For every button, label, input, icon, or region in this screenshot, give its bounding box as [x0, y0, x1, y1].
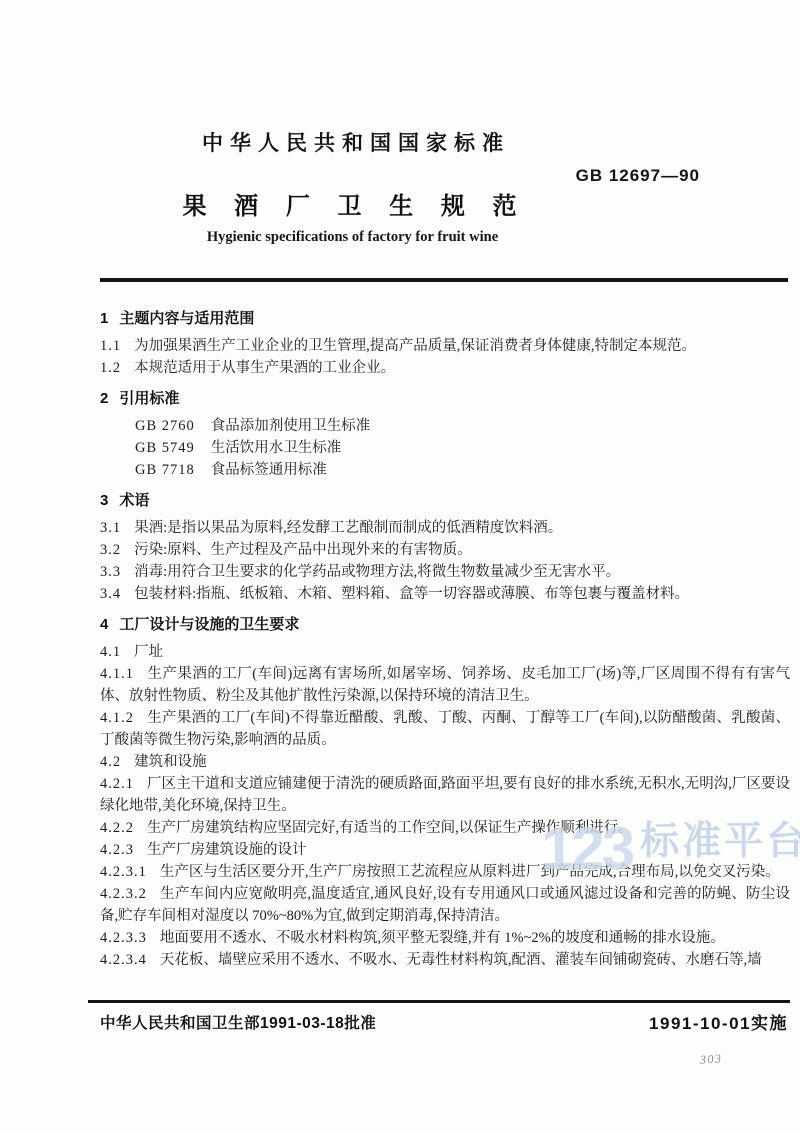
clause-number: GB 7718 [135, 459, 195, 481]
clause-number: 4.2.3.4 [100, 949, 147, 971]
footer-approved-text: 中华人民共和国卫生部1991-03-18批准 [100, 1011, 376, 1033]
clause-number: GB 5749 [135, 437, 195, 459]
clause-paragraph: 4.2.1厂区主干道和支道应铺建便于清洗的硬质路面,路面平坦,要有良好的排水系统… [100, 773, 790, 817]
document-body: 1主题内容与适用范围1.1为加强果酒生产工业企业的卫生管理,提高产品质量,保证消… [100, 300, 790, 1000]
clause-number: 2 [100, 388, 108, 410]
clause-paragraph: 4.1.2生产果酒的工厂(车间)不得靠近醋酸、乳酸、丁酸、丙酮、丁醇等工厂(车间… [100, 707, 790, 751]
clause-text: 为加强果酒生产工业企业的卫生管理,提高产品质量,保证消费者身体健康,特制定本规范… [134, 338, 696, 354]
page-title: 果 酒 厂 卫 生 规 范 [100, 186, 605, 221]
clause-paragraph: 4.2.3.2生产车间内应宽敞明亮,温度适宜,通风良好,设有专用通风口或通风滤过… [100, 883, 790, 927]
clause-paragraph: 1.2本规范适用于从事生产果酒的工业企业。 [100, 357, 790, 379]
clause-number: 3.1 [100, 517, 121, 539]
doc-number: GB 12697—90 [576, 166, 700, 186]
clause-paragraph: 4.2.3.4天花板、墙壁应采用不透水、不吸水、无毒性材料构筑,配酒、灌装车间铺… [100, 949, 790, 971]
standard-label: 中华人民共和国国家标准 [100, 127, 605, 157]
clause-number: 3.2 [100, 539, 121, 561]
reference-item: GB 2760食品添加剂使用卫生标准 [100, 415, 790, 437]
clause-paragraph: 4.2.3.3地面要用不透水、不吸水材料构筑,须平整无裂缝,并有 1%~2%的坡… [100, 927, 790, 949]
clause-paragraph: 1.1为加强果酒生产工业企业的卫生管理,提高产品质量,保证消费者身体健康,特制定… [100, 335, 790, 357]
reference-item: GB 7718食品标签通用标准 [100, 459, 790, 481]
clause-text: 引用标准 [119, 390, 179, 407]
page-number: 303 [699, 1051, 722, 1068]
footer-rule [88, 1000, 790, 1003]
clause-number: GB 2760 [135, 415, 195, 437]
clause-number: 4.2.3.2 [100, 883, 147, 905]
clause-text: 主题内容与适用范围 [119, 310, 254, 327]
clause-paragraph: 3.3消毒:用符合卫生要求的化学药品或物理方法,将微生物数量减少至无害水平。 [100, 561, 790, 583]
clause-number: 4.2.3.1 [100, 861, 147, 883]
clause-number: 1.2 [100, 357, 121, 379]
section-heading: 3术语 [100, 490, 790, 512]
clause-text: 厂址 [134, 644, 163, 660]
header-rule [100, 278, 788, 282]
clause-paragraph: 4.2.3.1生产区与生活区要分开,生产厂房按照工艺流程应从原料进厂到产品完成,… [100, 861, 790, 883]
clause-text: 污染:原料、生产过程及产品中出现外来的有害物质。 [134, 542, 472, 558]
clause-text: 厂区主干道和支道应铺建便于清洗的硬质路面,路面平坦,要有良好的排水系统,无积水,… [100, 776, 790, 814]
clause-text: 食品添加剂使用卫生标准 [211, 418, 371, 434]
clause-number: 4.1 [100, 641, 121, 663]
clause-number: 1 [100, 308, 108, 330]
clause-paragraph: 3.4包装材料:指瓶、纸板箱、木箱、塑料箱、盒等一切容器或薄膜、布等包裹与覆盖材… [100, 583, 790, 605]
clause-number: 3.3 [100, 561, 121, 583]
section-heading: 2引用标准 [100, 388, 790, 410]
clause-text: 生产厂房建筑结构应坚固完好,有适当的工作空间,以保证生产操作顺利进行。 [147, 820, 633, 836]
clause-text: 术语 [119, 492, 149, 509]
clause-number: 3.4 [100, 583, 121, 605]
clause-text: 食品标签通用标准 [211, 462, 327, 478]
clause-number: 4.2.3.3 [100, 927, 147, 949]
clause-text: 地面要用不透水、不吸水材料构筑,须平整无裂缝,并有 1%~2%的坡度和通畅的排水… [160, 930, 725, 946]
clause-text: 生产果酒的工厂(车间)远离有害场所,如屠宰场、饲养场、皮毛加工厂(场)等,厂区周… [100, 666, 790, 704]
document-page: 中华人民共和国国家标准 GB 12697—90 果 酒 厂 卫 生 规 范 Hy… [0, 0, 800, 1134]
clause-number: 4.1.1 [100, 663, 134, 685]
page-subtitle-en: Hygienic specifications of factory for f… [100, 229, 605, 246]
clause-number: 4.1.2 [100, 707, 134, 729]
clause-paragraph: 3.2污染:原料、生产过程及产品中出现外来的有害物质。 [100, 539, 790, 561]
section-heading: 1主题内容与适用范围 [100, 308, 790, 330]
clause-text: 工厂设计与设施的卫生要求 [119, 616, 299, 633]
reference-item: GB 5749生活饮用水卫生标准 [100, 437, 790, 459]
clause-text: 生产车间内应宽敞明亮,温度适宜,通风良好,设有专用通风口或通风滤过设备和完善的防… [100, 886, 790, 924]
clause-number: 4.2 [100, 751, 121, 773]
clause-number: 4.2.3 [100, 839, 134, 861]
clause-text: 生产果酒的工厂(车间)不得靠近醋酸、乳酸、丁酸、丙酮、丁醇等工厂(车间),以防醋… [100, 710, 790, 748]
clause-number: 3 [100, 490, 108, 512]
clause-text: 生产区与生活区要分开,生产厂房按照工艺流程应从原料进厂到产品完成,合理布局,以免… [160, 864, 780, 880]
clause-paragraph: 4.1.1生产果酒的工厂(车间)远离有害场所,如屠宰场、饲养场、皮毛加工厂(场)… [100, 663, 790, 707]
section-heading: 4工厂设计与设施的卫生要求 [100, 614, 790, 636]
clause-text: 天花板、墙壁应采用不透水、不吸水、无毒性材料构筑,配酒、灌装车间铺砌瓷砖、水磨石… [160, 952, 762, 968]
clause-paragraph: 4.2.3生产厂房建筑设施的设计 [100, 839, 790, 861]
clause-paragraph: 4.1厂址 [100, 641, 790, 663]
clause-paragraph: 4.2.2生产厂房建筑结构应坚固完好,有适当的工作空间,以保证生产操作顺利进行。 [100, 817, 790, 839]
clause-text: 消毒:用符合卫生要求的化学药品或物理方法,将微生物数量减少至无害水平。 [134, 564, 620, 580]
clause-text: 建筑和设施 [134, 754, 207, 770]
footer-implemented-text: 1991-10-01实施 [649, 1009, 788, 1034]
clause-text: 生产厂房建筑设施的设计 [147, 842, 307, 858]
clause-number: 1.1 [100, 335, 121, 357]
clause-text: 果酒:是指以果品为原料,经发酵工艺酿制而制成的低酒精度饮料酒。 [134, 520, 562, 536]
clause-number: 4 [100, 614, 108, 636]
clause-number: 4.2.1 [100, 773, 134, 795]
clause-text: 包装材料:指瓶、纸板箱、木箱、塑料箱、盒等一切容器或薄膜、布等包裹与覆盖材料。 [134, 586, 689, 602]
clause-text: 本规范适用于从事生产果酒的工业企业。 [134, 360, 395, 376]
clause-number: 4.2.2 [100, 817, 134, 839]
clause-paragraph: 3.1果酒:是指以果品为原料,经发酵工艺酿制而制成的低酒精度饮料酒。 [100, 517, 790, 539]
clause-text: 生活饮用水卫生标准 [211, 440, 342, 456]
clause-paragraph: 4.2建筑和设施 [100, 751, 790, 773]
